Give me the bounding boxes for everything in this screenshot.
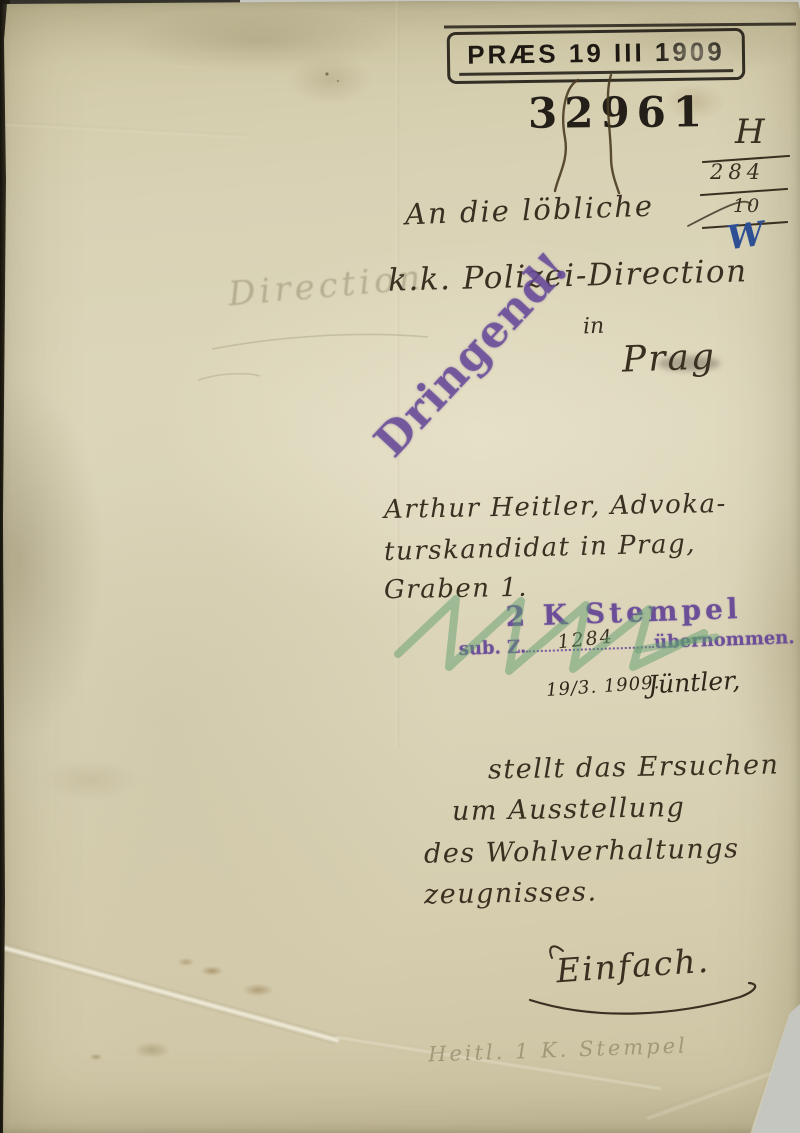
fee-note-signature: Jüntler, xyxy=(647,666,741,700)
fee-note-date: 19/3. 1909. xyxy=(545,672,661,701)
fee-stamp-amount: 2 K Stempel xyxy=(505,590,794,633)
address-line-1: An die löbliche xyxy=(404,189,654,232)
file-number-stamp: 32961 xyxy=(528,87,710,138)
body-line-3: des Wohlverhaltungs xyxy=(424,833,740,870)
vertical-fold-crease xyxy=(396,0,399,750)
address-line-3: in xyxy=(583,314,605,340)
registry-initial-blue-ink: W xyxy=(724,214,766,258)
diagonal-fold-crease xyxy=(0,940,340,1045)
bleed-through-stroke-1 xyxy=(212,334,428,349)
body-line-4: zeugnisses. xyxy=(424,876,598,910)
fee-stamp-dotted-blank: 1284 xyxy=(526,632,654,652)
corner-fold-highlight xyxy=(645,1050,800,1121)
registry-number: 284 xyxy=(710,160,765,184)
corner-fold-crease xyxy=(748,1014,794,1133)
scanned-document-page: Direction PRÆS 19 III 1909 32961 H 284 1… xyxy=(0,0,800,1133)
fee-stamp-handwritten-number: 1284 xyxy=(557,626,615,654)
body-line-2: um Ausstellung xyxy=(452,792,686,827)
registry-letter: H xyxy=(735,112,765,152)
stamp-top-rule xyxy=(444,22,796,28)
ink-smear xyxy=(658,356,720,371)
stamp-ink-fade xyxy=(655,34,735,72)
sender-line-1: Arthur Heitler, Advoka- xyxy=(384,489,727,525)
horizontal-crease xyxy=(0,121,250,138)
fee-stamp: 2 K Stempel sub. Z. 1284 übernommen. xyxy=(457,590,795,660)
body-line-1: stellt das Ersuchen xyxy=(488,749,780,785)
pencil-note: Heitl. 1 K. Stempel xyxy=(428,1033,688,1066)
fee-stamp-suffix: übernommen. xyxy=(654,627,795,653)
fee-stamp-prefix: sub. Z. xyxy=(458,637,526,660)
sender-line-2: turskandidat in Prag, xyxy=(384,529,697,567)
paper-sheet: Direction PRÆS 19 III 1909 32961 H 284 1… xyxy=(0,0,800,1133)
bleed-through-stroke-2 xyxy=(198,374,260,380)
closing-word: Einfach. xyxy=(555,941,711,991)
